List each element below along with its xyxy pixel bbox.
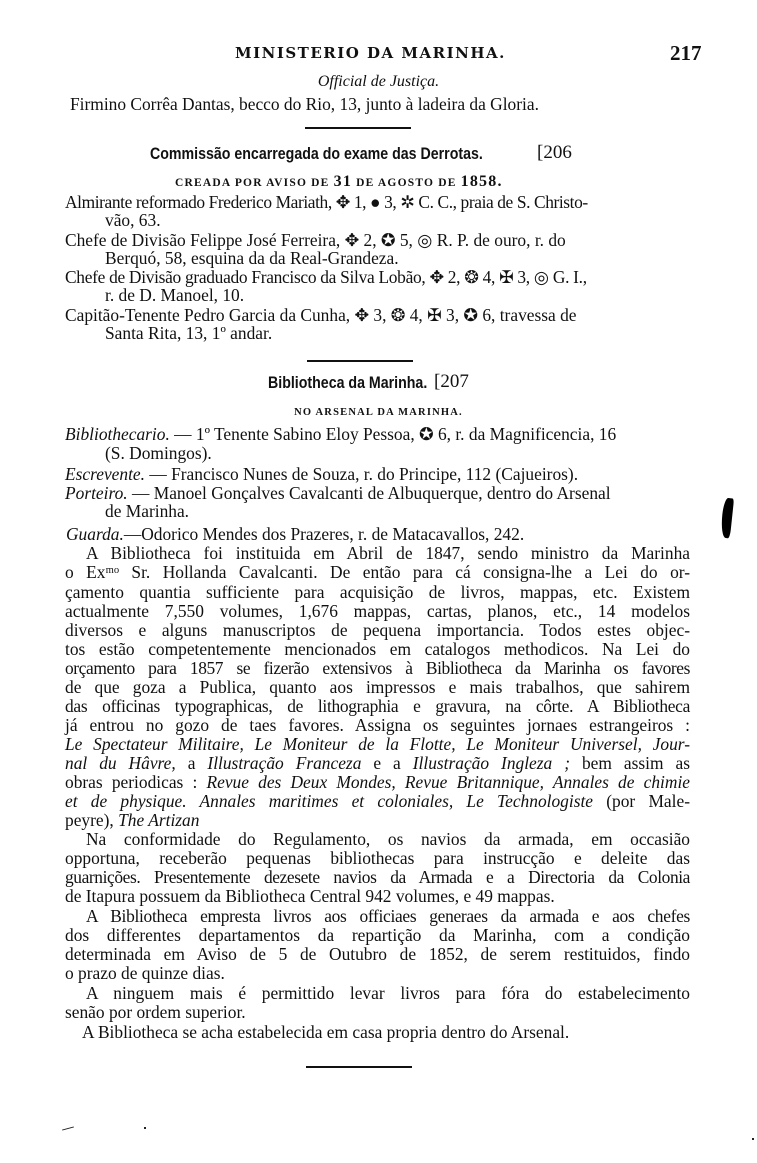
staff-text: — Manoel Gonçalves Cavalcanti de Albuque… [128, 483, 611, 503]
paragraph-line: o prazo de quinze dias. [65, 963, 225, 983]
paragraph-line: A Bibliotheca foi instituida em Abril de… [86, 543, 690, 563]
paragraph-line: çamento quantia sufficiente para acquisi… [65, 582, 690, 602]
paragraph-line: de Itapura possuem da Bibliotheca Centra… [65, 886, 555, 906]
paragraph-line: guarnições. Presentemente dezesete navio… [65, 867, 690, 887]
commissao-number: [206 [537, 143, 572, 163]
paragraph-line: o Exᵐᵒ Sr. Hollanda Cavalcanti. De então… [65, 562, 690, 582]
commissao-member-line: vão, 63. [105, 210, 161, 230]
bibliotheca-subtitle: NO ARSENAL DA MARINHA. [0, 403, 757, 423]
staff-entry-cont: (S. Domingos). [105, 443, 212, 463]
staff-text: — 1º Tenente Sabino Eloy Pessoa, ✪ 6, r.… [170, 424, 616, 444]
journals-line: nal du Hâvre, a Illustração Franceza e a… [65, 753, 690, 773]
document-page: MINISTERIO DA MARINHA. 217 Official de J… [0, 0, 757, 1163]
text: bem assim as [570, 753, 690, 773]
journals-line: et de physique. Annales maritimes et col… [65, 791, 690, 811]
staff-entry: Guarda.—Odorico Mendes dos Prazeres, r. … [66, 524, 524, 544]
page-number: 217 [670, 41, 702, 66]
official-justica-entry: Firmino Corrêa Dantas, becco do Rio, 13,… [70, 94, 539, 114]
paragraph-line: orçamento para 1857 se fizerão extensivo… [65, 658, 690, 678]
text: a [176, 753, 208, 773]
staff-entry-cont: de Marinha. [105, 501, 189, 521]
staff-entry: Escrevente. — Francisco Nunes de Souza, … [65, 464, 578, 484]
text: (por Male- [593, 791, 690, 811]
journal-title: nal du Hâvre, [65, 753, 176, 773]
commissao-member-line: r. de D. Manoel, 10. [105, 285, 244, 305]
bibliotheca-number: [207 [434, 372, 469, 392]
bibliotheca-title: Bibliotheca da Marinha. [268, 373, 427, 393]
journal-title: Revue des Deux Mondes, Revue Britannique… [206, 772, 690, 792]
commissao-heading: Commissão encarregada do exame das Derro… [150, 143, 537, 164]
commissao-member-line: Almirante reformado Frederico Mariath, ✥… [65, 192, 588, 212]
staff-role: Guarda. [66, 524, 124, 544]
section-divider [305, 127, 411, 129]
paragraph-line: das officinas typographicas, de lithogra… [65, 696, 690, 716]
commissao-member-line: Berquó, 58, esquina da da Real-Grandeza. [105, 248, 399, 268]
staff-role: Porteiro. [65, 483, 128, 503]
journals-line: Le Spectateur Militaire, Le Moniteur de … [65, 734, 690, 754]
journal-title: et de physique. Annales maritimes et col… [65, 791, 593, 811]
commissao-member-line: Capitão-Tenente Pedro Garcia da Cunha, ✥… [65, 305, 577, 325]
text: peyre), [65, 810, 118, 830]
paragraph-line: dos differentes departamentos da reparti… [65, 925, 690, 945]
journal-title: Illustração Franceza [207, 753, 361, 773]
text: e a [361, 753, 412, 773]
scan-speck [752, 1138, 754, 1140]
section-divider [306, 1066, 412, 1068]
scan-speck [62, 1126, 74, 1130]
commissao-member-line: Chefe de Divisão graduado Francisco da S… [65, 267, 587, 287]
staff-entry: Porteiro. — Manoel Gonçalves Cavalcanti … [65, 483, 611, 503]
staff-role: Bibliothecario. [65, 424, 170, 444]
running-head-title: MINISTERIO DA MARINHA. [235, 44, 506, 62]
commissao-subtitle: CREADA POR AVISO DE 31 DE AGOSTO DE 1858… [175, 172, 503, 193]
scan-speck [144, 1127, 146, 1129]
paragraph-line: tos estão competentemente mencionados em… [65, 639, 690, 659]
subtitle-text: CREADA POR AVISO DE [175, 177, 334, 189]
paragraph-line: A ninguem mais é permittido levar livros… [86, 983, 690, 1003]
bibliotheca-heading: Bibliotheca da Marinha. [268, 372, 453, 393]
subtitle-year: 1858. [461, 173, 503, 190]
paragraph-line: de que goza a Publica, quanto aos impres… [65, 677, 690, 697]
subtitle-text: DE AGOSTO DE [352, 177, 461, 189]
journal-title: The Artizan [118, 810, 199, 830]
paragraph-line: determinada em Aviso de 5 de Outubro de … [65, 944, 690, 964]
journal-title: Illustração Ingleza ; [413, 753, 570, 773]
staff-text: — Francisco Nunes de Souza, r. do Princi… [145, 464, 578, 484]
paragraph-line: actualmente 7,550 volumes, 1,676 mappas,… [65, 601, 690, 621]
paragraph-line: opportuna, receberão pequenas bibliothec… [65, 848, 690, 868]
section-divider [307, 360, 413, 362]
text: obras periodicas : [65, 772, 206, 792]
journals-line: obras periodicas : Revue des Deux Mondes… [65, 772, 690, 792]
staff-role: Escrevente. [65, 464, 145, 484]
paragraph-line: já entrou no gozo de taes favores. Assig… [65, 715, 690, 735]
commissao-title: Commissão encarregada do exame das Derro… [150, 144, 483, 164]
subtitle-day: 31 [334, 173, 352, 190]
commissao-member-line: Santa Rita, 13, 1º andar. [105, 323, 272, 343]
staff-text: —Odorico Mendes dos Prazeres, r. de Mata… [124, 524, 524, 544]
staff-entry: Bibliothecario. — 1º Tenente Sabino Eloy… [65, 424, 616, 444]
paragraph-line: Na conformidade do Regulamento, os navio… [86, 829, 690, 849]
paragraph-line: A Bibliotheca empresta livros aos offici… [86, 906, 690, 926]
paragraph-line: diversos e alguns manuscriptos de pequen… [65, 620, 690, 640]
scan-blot [720, 498, 734, 539]
paragraph-line: senão por ordem superior. [65, 1002, 246, 1022]
journals-line: peyre), The Artizan [65, 810, 199, 830]
official-justica-heading: Official de Justiça. [0, 72, 757, 92]
paragraph-line: A Bibliotheca se acha estabelecida em ca… [82, 1022, 569, 1042]
commissao-member-line: Chefe de Divisão Felippe José Ferreira, … [65, 230, 566, 250]
